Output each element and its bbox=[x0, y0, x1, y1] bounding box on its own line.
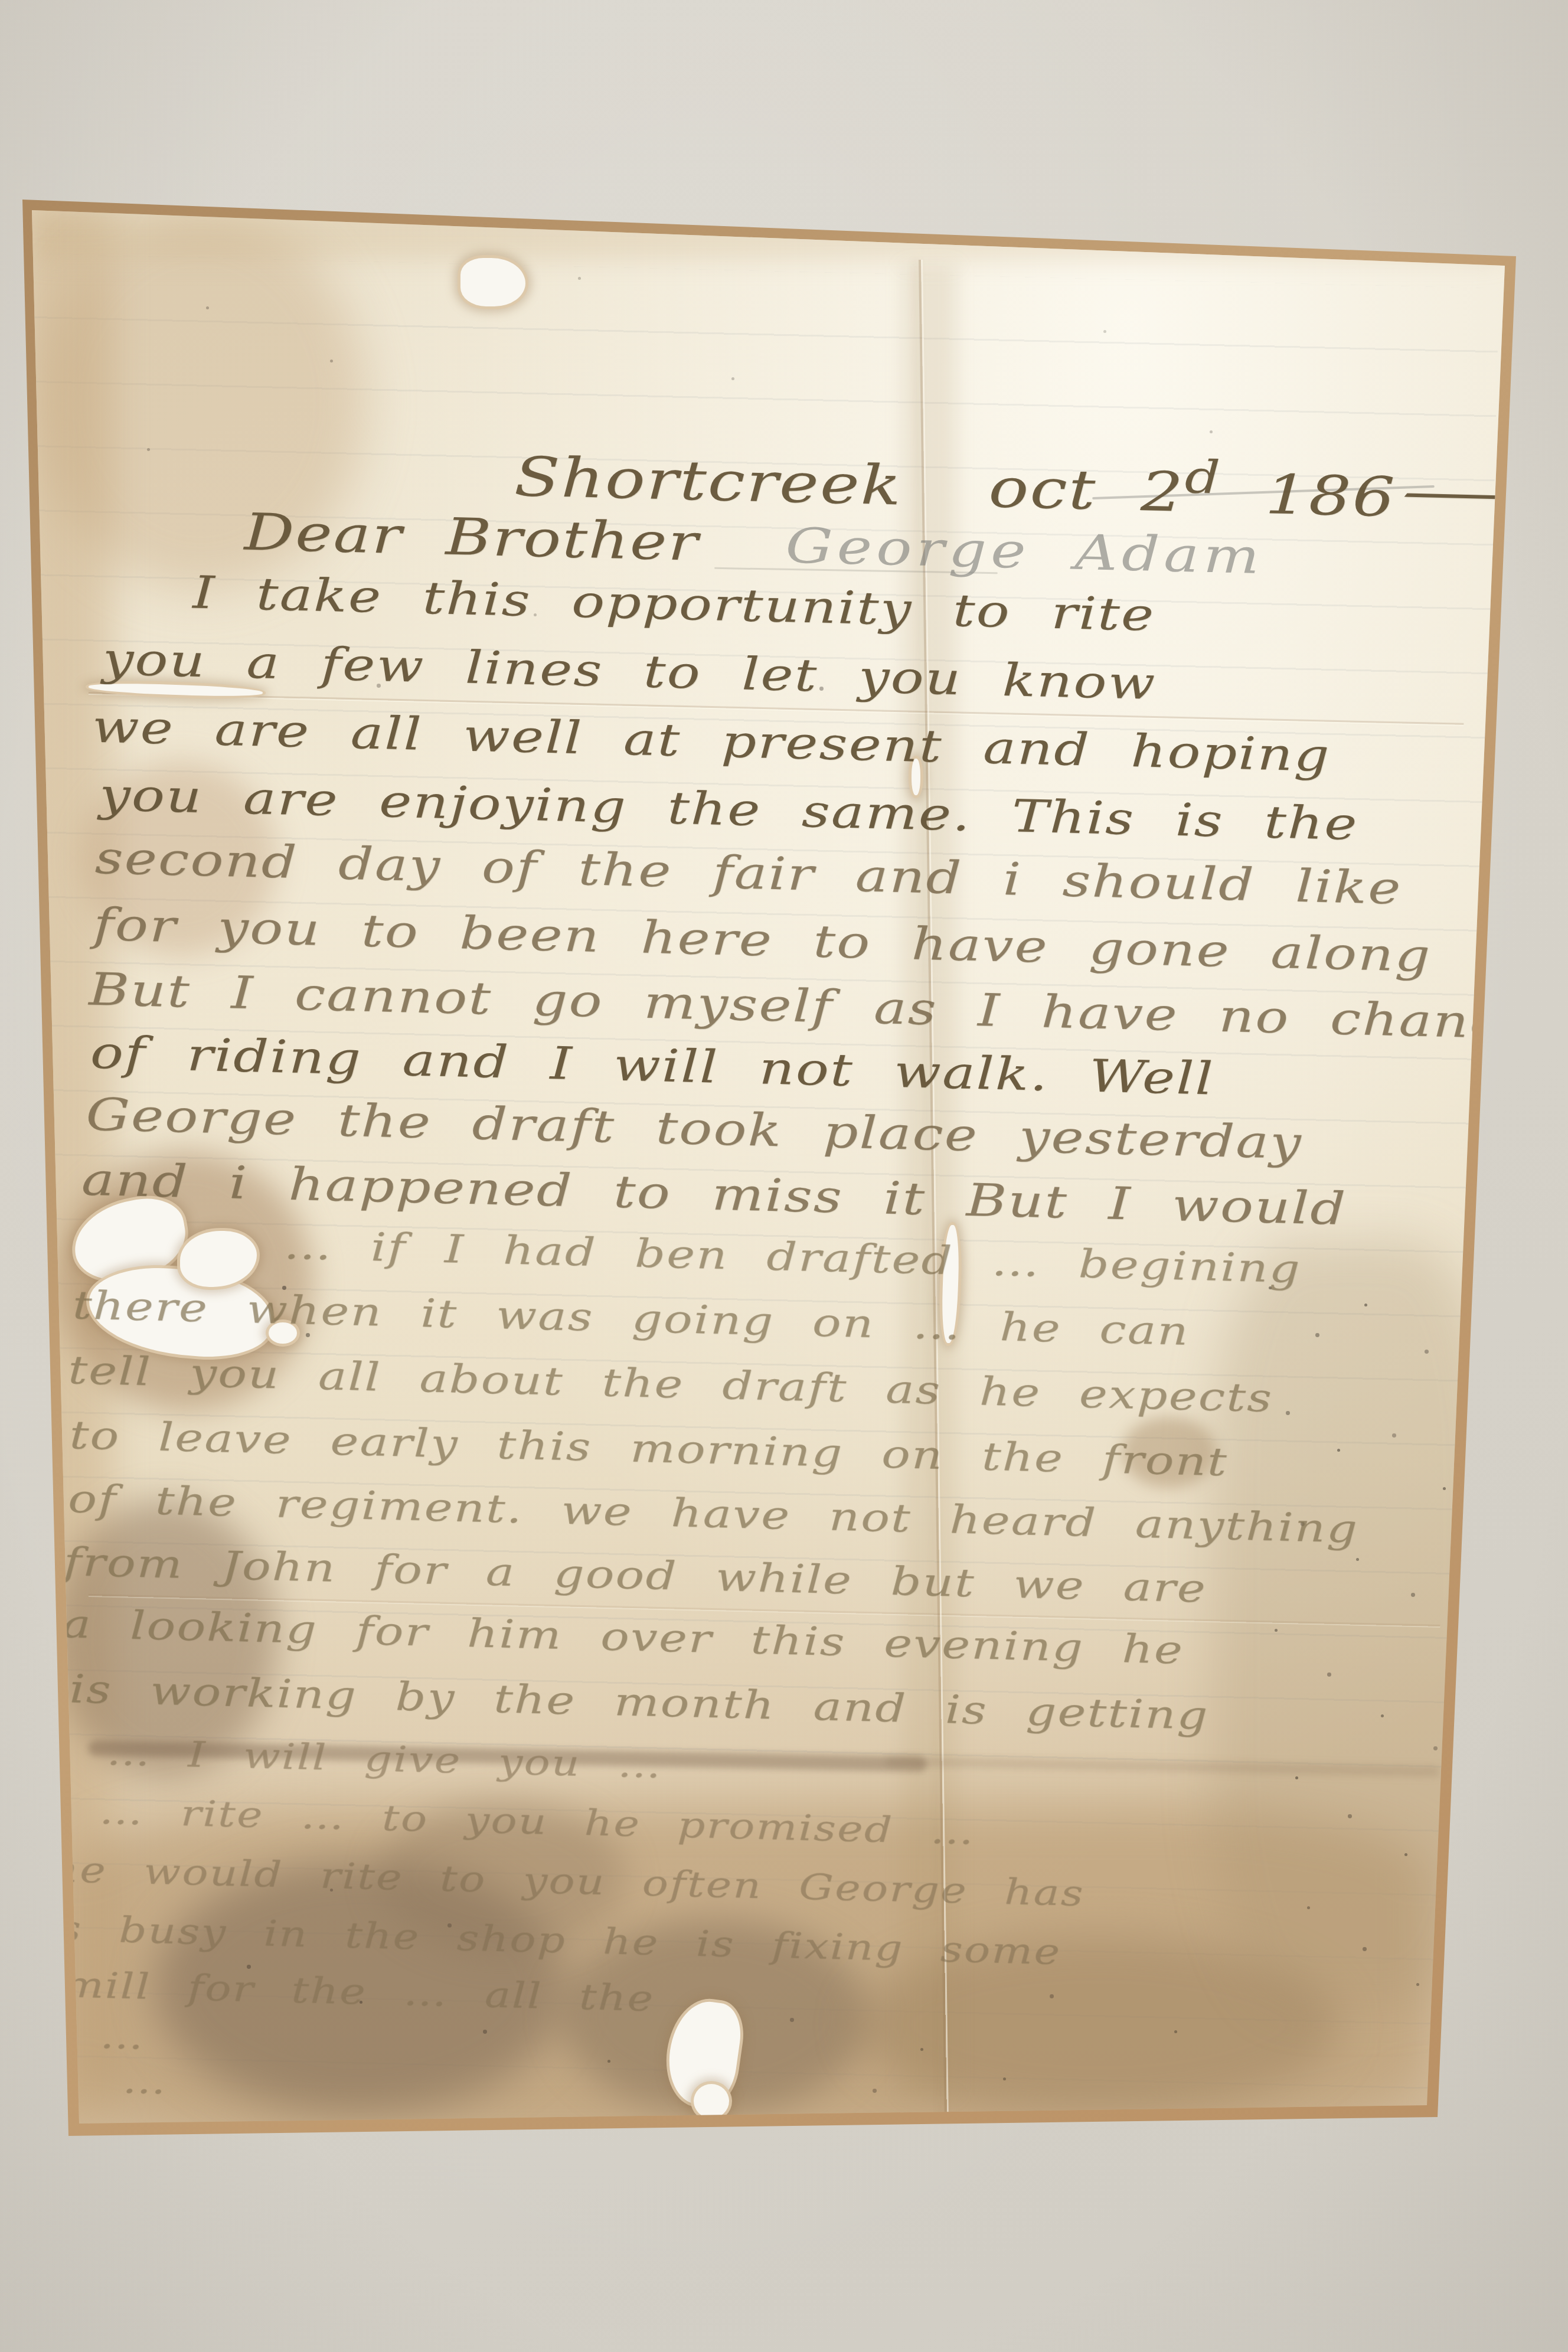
letter-line: is busy in the shop he is fixing some bbox=[43, 1907, 1061, 1973]
letter-line: you a few lines to let you know bbox=[102, 632, 1157, 710]
letter-line: there when it was going on … he can bbox=[72, 1282, 1190, 1354]
letter-line: a looking for him over this evening he bbox=[61, 1601, 1184, 1673]
letter-paper: Shortcreekoct 2d 186— Dear BrotherGeorge… bbox=[0, 0, 1568, 2352]
heading-month: oct bbox=[988, 456, 1097, 522]
letter-line: tell you all about the draft as he expec… bbox=[68, 1347, 1273, 1421]
letter-line: is working by the month and is getting bbox=[69, 1666, 1210, 1738]
letter-line: … bbox=[99, 2015, 145, 2058]
salutation-pencil-annotation: George Adam bbox=[785, 518, 1265, 585]
letter-line: he would rite to you often George has bbox=[50, 1848, 1085, 1914]
letter-line: … bbox=[122, 2060, 167, 2102]
letter-line: … rite … to you he promised … bbox=[99, 1791, 975, 1853]
letter-line: of the regiment. we have not heard anyth… bbox=[67, 1476, 1358, 1551]
letter-line: … I will give you … bbox=[106, 1732, 662, 1786]
letter-line: from John for a good while but we are bbox=[63, 1539, 1207, 1612]
letter-text: Shortcreekoct 2d 186— Dear BrotherGeorge… bbox=[38, 254, 1500, 2176]
letter-line: to leave early this morning on the front bbox=[69, 1412, 1229, 1485]
letter-line: we are all well at present and hoping bbox=[92, 700, 1331, 782]
heading-day: 2 bbox=[1140, 460, 1185, 524]
heading-day-suffix: d bbox=[1184, 451, 1222, 504]
salutation-ink: Dear Brother bbox=[244, 503, 700, 573]
heading-year: 186 bbox=[1265, 463, 1397, 529]
letter-line: mill for the … all the bbox=[62, 1964, 655, 2020]
framed-letter-photo: Shortcreekoct 2d 186— Dear BrotherGeorge… bbox=[0, 0, 1568, 2352]
heading-place: Shortcreek bbox=[514, 445, 903, 517]
letter-line: … if I had ben drafted … begining bbox=[283, 1222, 1302, 1292]
